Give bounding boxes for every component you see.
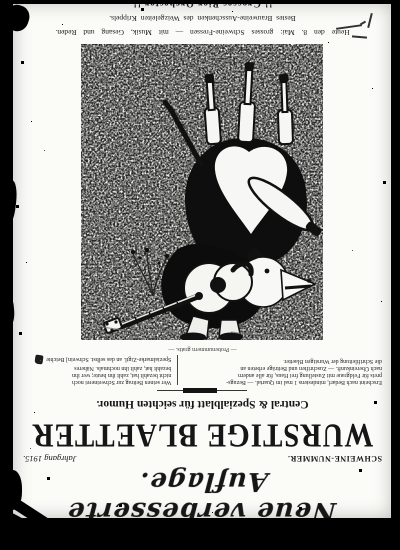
masthead-fine-print: Erscheint nach Bedarf, mindestens 1 mal … bbox=[23, 355, 382, 385]
scan-noise-speckles bbox=[0, 0, 1, 1]
page-title: WURSTIGE BLAETTER bbox=[13, 415, 392, 454]
announcement-line: Heute den 8. Mai: grosses Schweine-Fress… bbox=[13, 28, 392, 37]
masthead-right-column: Wer seinen Beitrag zur Schweinerei noch … bbox=[23, 355, 178, 385]
printed-page-content: Neue verbesserte Auflage. SCHWEINE-NUMME… bbox=[13, 11, 392, 518]
issue-row: SCHWEINE-NUMMER. Jahrgang 1915. bbox=[13, 454, 392, 464]
ornament-divider bbox=[158, 387, 248, 394]
masthead-left-column: Erscheint nach Bedarf, mindestens 1 mal … bbox=[185, 355, 382, 385]
scan-border-left bbox=[0, 0, 13, 550]
masthead-center-note: — Probenummern gratis. — bbox=[13, 346, 392, 352]
scan-border-right bbox=[391, 0, 400, 550]
masthead-line: Wer seinen Beitrag zur Schweinerei noch bbox=[23, 378, 171, 385]
masthead-line: Erscheint nach Bedarf, mindestens 1 mal … bbox=[185, 378, 382, 385]
event-announcements: Heute den 8. Mai: grosses Schweine-Fress… bbox=[13, 3, 392, 37]
volume-label: Jahrgang 1915. bbox=[23, 454, 77, 464]
masthead-line: preis für Feldgraue mit Zustellung frei … bbox=[185, 371, 382, 378]
issue-label: SCHWEINE-NUMMER. bbox=[288, 454, 382, 463]
page-subtitle: Central & Spezialblatt für seichten Humo… bbox=[13, 398, 392, 410]
masthead-line: Spezialmarke-Zigtl. an das selbst. Schwe… bbox=[23, 355, 171, 364]
ink-stamp-mark bbox=[35, 354, 44, 364]
announcement-line: Bestes Brauweine-Ausschenken des Weizgel… bbox=[13, 14, 392, 23]
edition-headline: Neue verbesserte Auflage. bbox=[13, 466, 392, 518]
halftone-illustration-svg bbox=[82, 44, 324, 340]
divider-block bbox=[184, 388, 218, 393]
masthead-line: bezahlt hat, zahlt ihn nochmals. Näheres bbox=[23, 364, 171, 371]
pig-guitarist-illustration bbox=[82, 44, 324, 340]
masthead-line: nach Übereinkunft. — Zuschriften und Bei… bbox=[185, 364, 382, 371]
scan-border-top bbox=[0, 0, 400, 4]
scanned-page-canvas: { "document": { "edition_headline": "Neu… bbox=[0, 0, 400, 550]
masthead-line: nicht bezahlt hat, zahlt ihn heute; wer … bbox=[23, 371, 171, 378]
masthead-line: die Schriftleitung der Wurstigen Blaette… bbox=[185, 357, 382, 364]
scanned-paper-sheet: Neue verbesserte Auflage. SCHWEINE-NUMME… bbox=[13, 3, 392, 518]
